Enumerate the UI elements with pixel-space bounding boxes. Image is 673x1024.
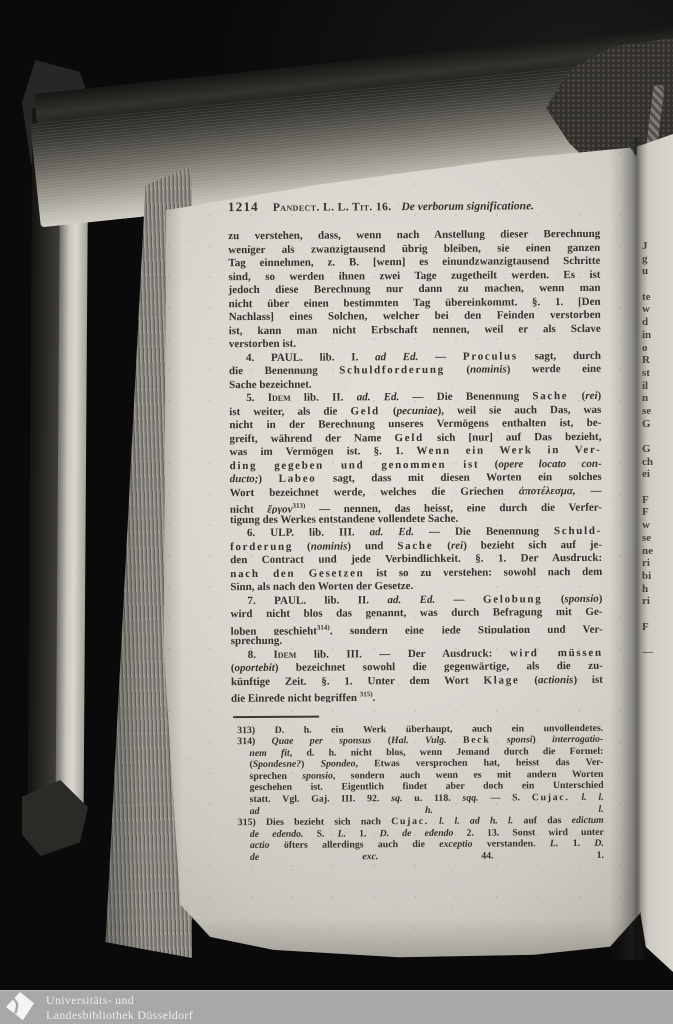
right-page-line: w bbox=[642, 519, 673, 532]
footnote-rule bbox=[233, 715, 319, 718]
right-page-line: w bbox=[642, 303, 673, 316]
library-logo-icon bbox=[4, 991, 36, 1024]
right-page-line: F bbox=[642, 506, 673, 519]
right-page-line: — bbox=[642, 646, 673, 659]
right-page-line: u bbox=[642, 265, 673, 278]
left-page: 1214Pandect. L. L. Tit. 16.De verborum s… bbox=[158, 146, 640, 958]
right-page-line: h bbox=[642, 583, 673, 596]
right-page-line: J bbox=[642, 240, 673, 253]
right-page-line bbox=[642, 608, 673, 621]
right-page-line: ri bbox=[642, 595, 673, 608]
right-page-line: bi bbox=[642, 570, 673, 583]
right-page-line: ch bbox=[642, 456, 673, 469]
body-text-line: die Benennung Schuldforderung (nominis) … bbox=[229, 363, 601, 379]
watermark-text: Universitäts- und Landesbibliothek Düsse… bbox=[46, 993, 193, 1023]
right-page-line: ri bbox=[642, 557, 673, 570]
body-text-line: loben geschieht314), sondern eine jede S… bbox=[231, 619, 603, 635]
right-page-line bbox=[642, 278, 673, 291]
body-text-line: die Einrede nicht begriffen 315). bbox=[231, 687, 603, 703]
watermark-line1: Universitäts- und bbox=[46, 993, 193, 1008]
footnote-line: de exc. 44. 1. bbox=[238, 850, 604, 864]
body-text-line: künftige Zeit. §. 1. Unter dem Wort Klag… bbox=[231, 673, 603, 689]
right-page-line: G bbox=[642, 443, 673, 456]
page-number: 1214 bbox=[228, 199, 259, 214]
photo-background: Jgu tewdinoRstilnseG Gchei FFwseneribihr… bbox=[0, 0, 673, 1024]
right-page-line: in bbox=[642, 329, 673, 342]
right-page-line: se bbox=[642, 532, 673, 545]
body-text-line: nach den Gesetzen ist so zu verstehen: s… bbox=[230, 565, 602, 581]
right-page-line: G bbox=[642, 418, 673, 431]
watermark-line2: Landesbibliothek Düsseldorf bbox=[46, 1008, 193, 1023]
right-page-line: F bbox=[642, 494, 673, 507]
running-subtitle: De verborum significatione. bbox=[401, 200, 534, 213]
running-title: Pandect. L. L. Tit. 16. bbox=[273, 201, 392, 214]
page-content: 1214Pandect. L. L. Tit. 16.De verborum s… bbox=[228, 197, 604, 864]
body-text-line: nicht ἔργον313) — nennen, das heisst, ei… bbox=[230, 498, 602, 514]
right-page-line: il bbox=[642, 380, 673, 393]
right-page-line: st bbox=[642, 367, 673, 380]
page-footnotes: 313) D. h. ein Werk überhaupt, auch ein … bbox=[231, 722, 604, 863]
right-page-line: g bbox=[642, 253, 673, 266]
page-body-text: zu verstehen, dass, wenn nach Anstellung… bbox=[228, 228, 603, 703]
right-page-line: ne bbox=[642, 545, 673, 558]
right-page-line bbox=[642, 481, 673, 494]
right-page-line: o bbox=[642, 342, 673, 355]
right-page-line: te bbox=[642, 291, 673, 304]
right-page-line: se bbox=[642, 405, 673, 418]
right-page-line: R bbox=[642, 354, 673, 367]
right-page-line bbox=[642, 430, 673, 443]
right-page-line: F bbox=[642, 621, 673, 634]
right-page-line: n bbox=[642, 392, 673, 405]
right-page-line: ei bbox=[642, 468, 673, 481]
library-watermark: Universitäts- und Landesbibliothek Düsse… bbox=[0, 990, 673, 1024]
right-page-line: d bbox=[642, 316, 673, 329]
page-header: 1214Pandect. L. L. Tit. 16.De verborum s… bbox=[228, 197, 600, 215]
body-text-line: ist, kann man nicht Erbschaft nennen, we… bbox=[229, 322, 601, 338]
right-page-line bbox=[642, 633, 673, 646]
